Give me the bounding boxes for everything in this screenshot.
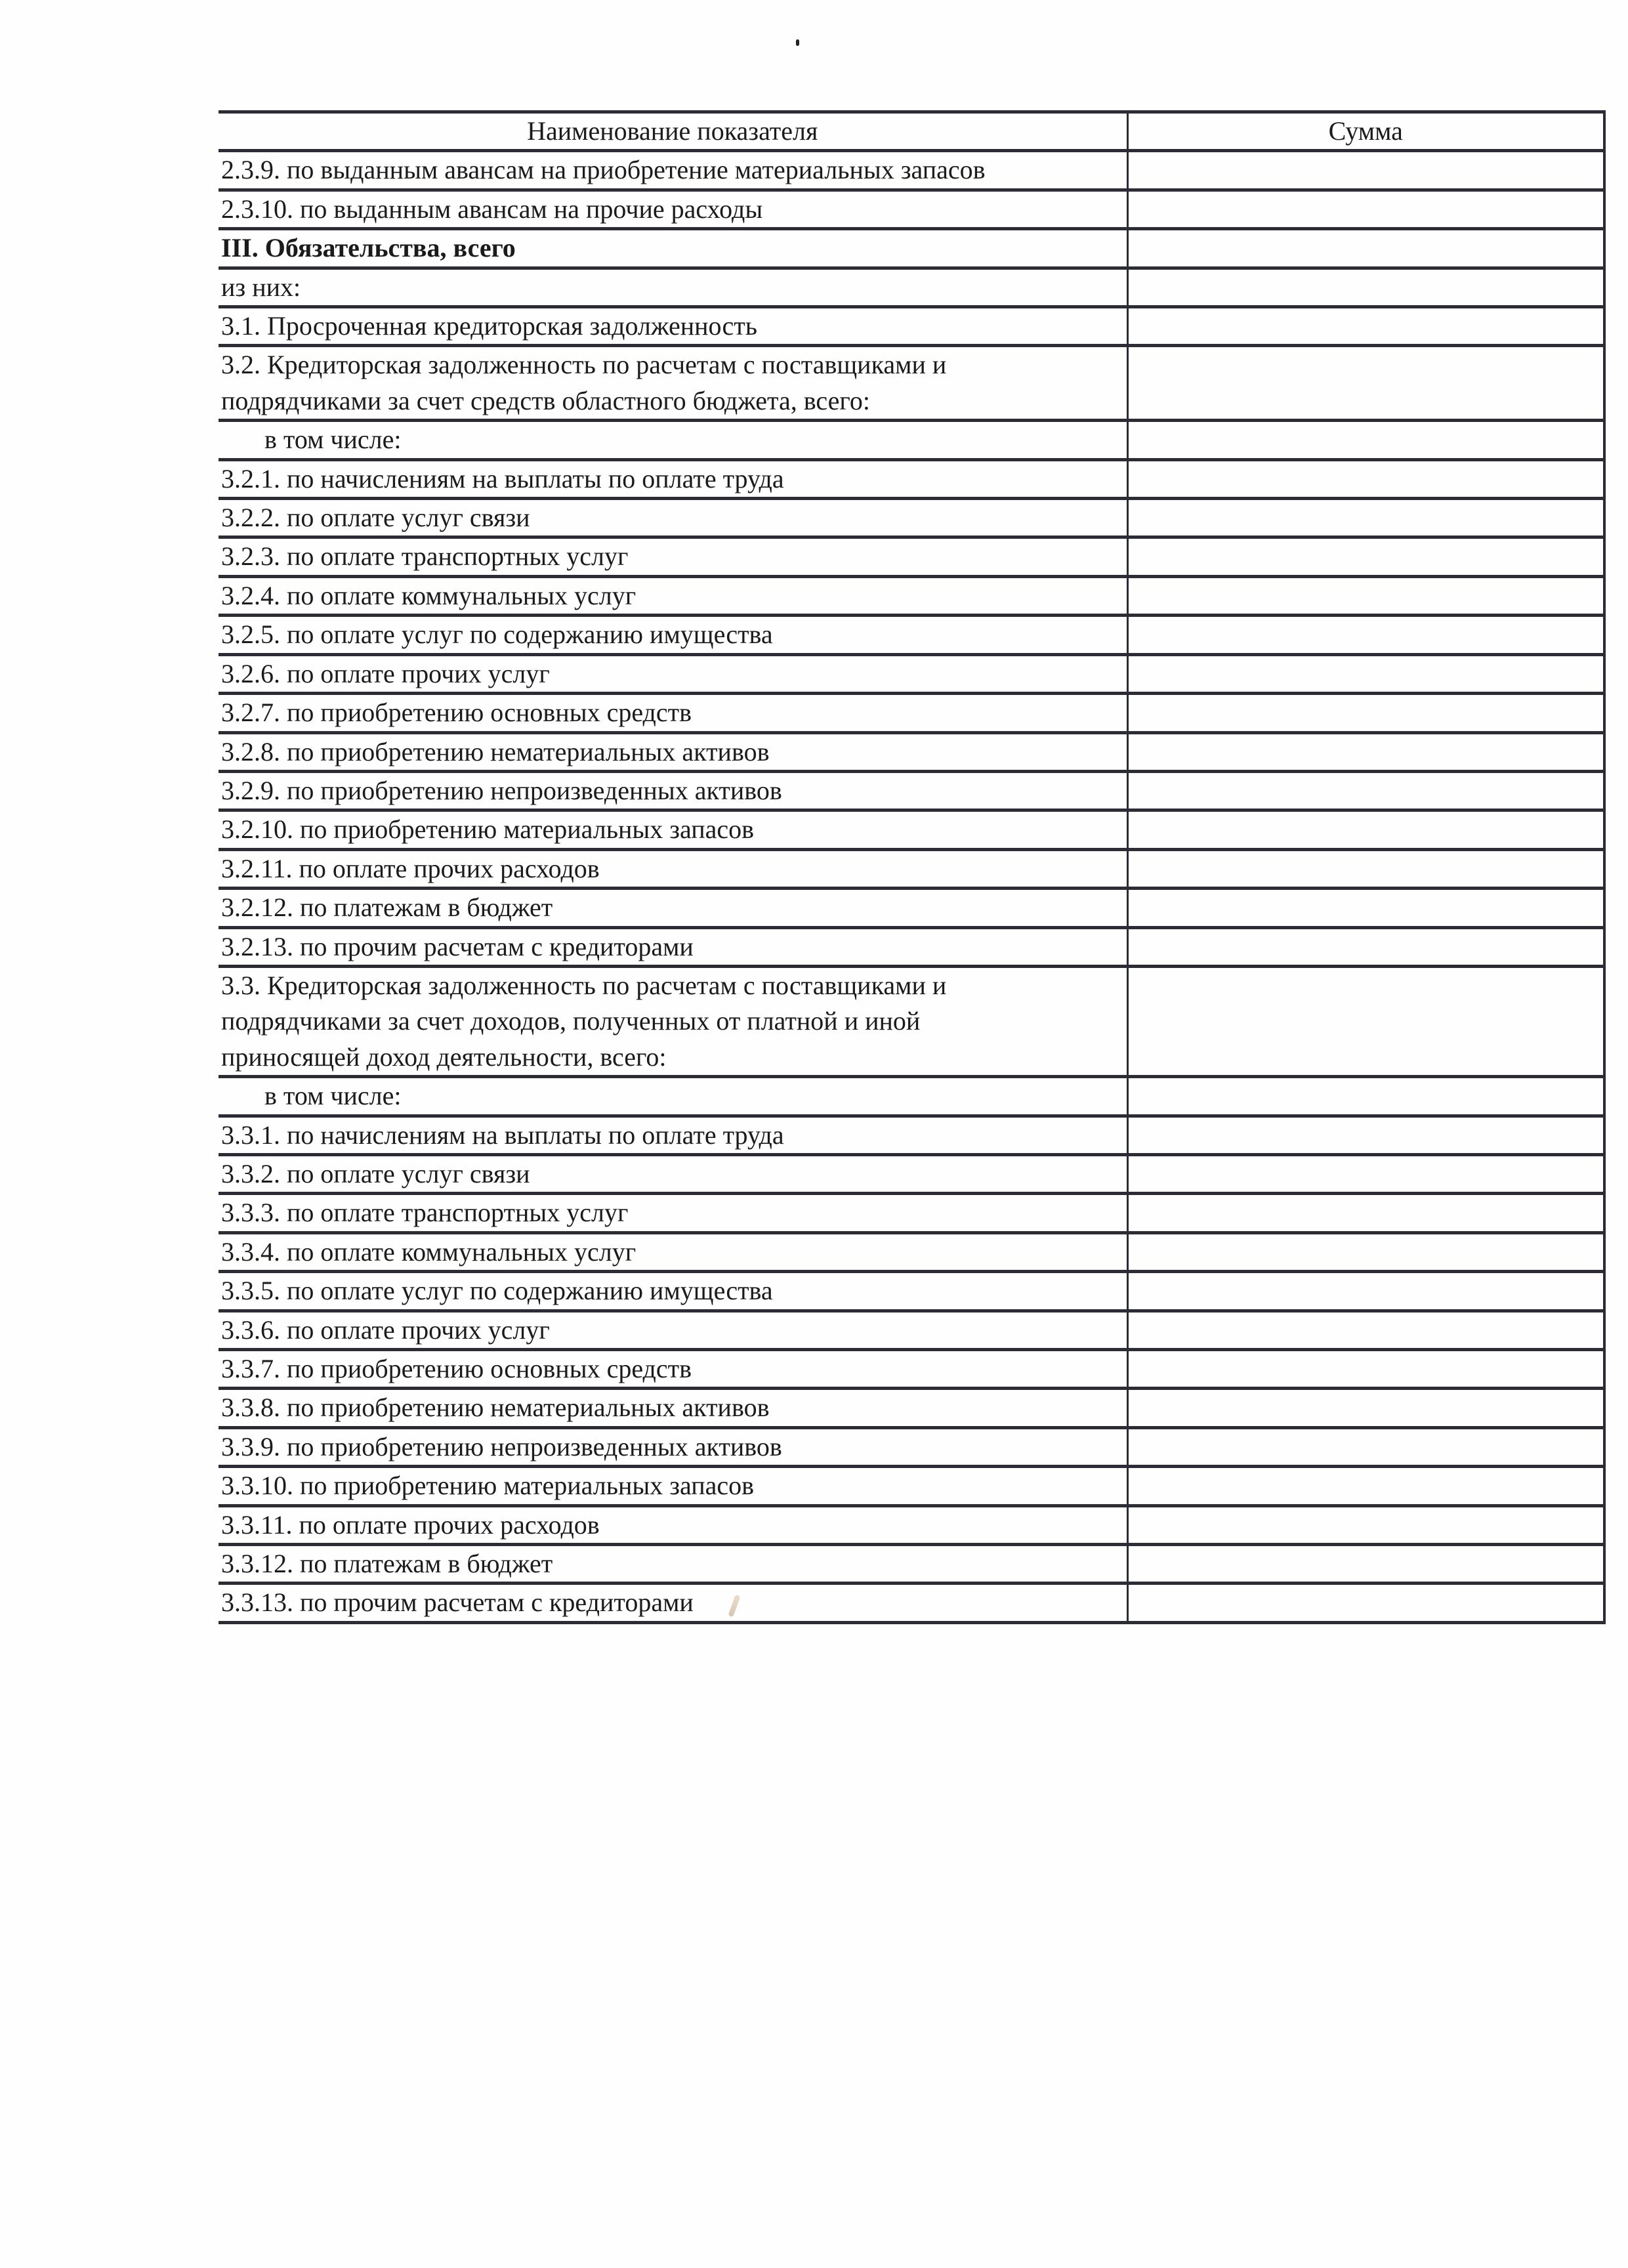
- table-row: 3.3.8. по приобретению нематериальных ак…: [219, 1389, 1604, 1427]
- table-row: 3.2.9. по приобретению непроизведенных а…: [219, 771, 1604, 810]
- sum-cell: [1127, 1389, 1604, 1427]
- table-row: 3.2.12. по платежам в бюджет: [219, 889, 1604, 927]
- sum-cell: [1127, 849, 1604, 888]
- indicator-name-cell: 2.3.10. по выданным авансам на прочие ра…: [219, 190, 1127, 228]
- table-row: в том числе:: [219, 421, 1604, 459]
- sum-cell: [1127, 346, 1604, 421]
- indicator-name-cell: 3.2.8. по приобретению нематериальных ак…: [219, 732, 1127, 771]
- indicator-name-cell: 3.3.11. по оплате прочих расходов: [219, 1505, 1127, 1544]
- ink-dot-mark: [796, 39, 799, 46]
- sum-cell: [1127, 459, 1604, 498]
- indicator-name-cell: III. Обязательства, всего: [219, 229, 1127, 268]
- table-row: 3.3.12. по платежам в бюджет: [219, 1545, 1604, 1584]
- sum-cell: [1127, 1505, 1604, 1544]
- table-row: 3.2. Кредиторская задолженность по расче…: [219, 346, 1604, 421]
- table-row: 3.2.11. по оплате прочих расходов: [219, 849, 1604, 888]
- indicator-name-cell: 3.3.5. по оплате услуг по содержанию иму…: [219, 1272, 1127, 1311]
- table-row: 3.3.3. по оплате транспортных услуг: [219, 1194, 1604, 1232]
- column-header-sum: Сумма: [1127, 112, 1604, 151]
- sum-cell: [1127, 889, 1604, 927]
- table-header-row: Наименование показателя Сумма: [219, 112, 1604, 151]
- indicator-name-cell: 3.3.2. по оплате услуг связи: [219, 1154, 1127, 1193]
- indicator-name-cell: 3.2.6. по оплате прочих услуг: [219, 654, 1127, 693]
- sum-cell: [1127, 268, 1604, 306]
- indicator-name-cell: 3.2.2. по оплате услуг связи: [219, 499, 1127, 537]
- indicator-name-cell: 3.2.10. по приобретению материальных зап…: [219, 810, 1127, 849]
- indicator-name-cell: 3.3.13. по прочим расчетам с кредиторами: [219, 1584, 1127, 1622]
- table-row: 3.3.5. по оплате услуг по содержанию иму…: [219, 1272, 1604, 1311]
- indicator-name-cell: 3.3.8. по приобретению нематериальных ак…: [219, 1389, 1127, 1427]
- sum-cell: [1127, 1427, 1604, 1466]
- sum-cell: [1127, 499, 1604, 537]
- indicator-name-cell: 3.2. Кредиторская задолженность по расче…: [219, 346, 1127, 421]
- indicator-name-cell: 3.3.4. по оплате коммунальных услуг: [219, 1232, 1127, 1271]
- table-row: в том числе:: [219, 1077, 1604, 1116]
- table-row: III. Обязательства, всего: [219, 229, 1604, 268]
- indicator-name-cell: 3.2.9. по приобретению непроизведенных а…: [219, 771, 1127, 810]
- sum-cell: [1127, 694, 1604, 732]
- indicator-name-cell: 3.2.12. по платежам в бюджет: [219, 889, 1127, 927]
- sum-cell: [1127, 732, 1604, 771]
- sum-cell: [1127, 229, 1604, 268]
- sum-cell: [1127, 190, 1604, 228]
- table-row: 3.2.2. по оплате услуг связи: [219, 499, 1604, 537]
- sum-cell: [1127, 1350, 1604, 1389]
- sum-cell: [1127, 1077, 1604, 1116]
- indicator-name-cell: 3.3.6. по оплате прочих услуг: [219, 1311, 1127, 1349]
- table-body: 2.3.9. по выданным авансам на приобретен…: [219, 151, 1604, 1622]
- table-row: 3.2.5. по оплате услуг по содержанию иму…: [219, 616, 1604, 654]
- sum-cell: [1127, 421, 1604, 459]
- table-row: 3.3.4. по оплате коммунальных услуг: [219, 1232, 1604, 1271]
- indicator-name-cell: 3.3.12. по платежам в бюджет: [219, 1545, 1127, 1584]
- table-row: 3.2.6. по оплате прочих услуг: [219, 654, 1604, 693]
- sum-cell: [1127, 307, 1604, 346]
- sum-cell: [1127, 654, 1604, 693]
- sum-cell: [1127, 1116, 1604, 1154]
- sum-cell: [1127, 616, 1604, 654]
- scanned-page: Наименование показателя Сумма 2.3.9. по …: [0, 0, 1628, 2268]
- sum-cell: [1127, 927, 1604, 966]
- sum-cell: [1127, 810, 1604, 849]
- table-row: 3.3.9. по приобретению непроизведенных а…: [219, 1427, 1604, 1466]
- sum-cell: [1127, 537, 1604, 576]
- indicator-name-cell: 3.2.5. по оплате услуг по содержанию иму…: [219, 616, 1127, 654]
- table-row: из них:: [219, 268, 1604, 306]
- table-row: 3.3.10. по приобретению материальных зап…: [219, 1467, 1604, 1505]
- indicator-name-cell: из них:: [219, 268, 1127, 306]
- table-row: 3.3.1. по начислениям на выплаты по опла…: [219, 1116, 1604, 1154]
- indicator-name-cell: 3.1. Просроченная кредиторская задолженн…: [219, 307, 1127, 346]
- indicator-name-cell: 3.2.1. по начислениям на выплаты по опла…: [219, 459, 1127, 498]
- table-row: 3.2.7. по приобретению основных средств: [219, 694, 1604, 732]
- indicator-name-cell: 3.2.4. по оплате коммунальных услуг: [219, 576, 1127, 615]
- sum-cell: [1127, 1584, 1604, 1622]
- indicator-name-cell: 3.3.3. по оплате транспортных услуг: [219, 1194, 1127, 1232]
- indicator-name-cell: 3.2.3. по оплате транспортных услуг: [219, 537, 1127, 576]
- sum-cell: [1127, 1545, 1604, 1584]
- table-row: 2.3.9. по выданным авансам на приобретен…: [219, 151, 1604, 190]
- indicator-name-cell: 3.3.10. по приобретению материальных зап…: [219, 1467, 1127, 1505]
- sum-cell: [1127, 1232, 1604, 1271]
- table-row: 2.3.10. по выданным авансам на прочие ра…: [219, 190, 1604, 228]
- sum-cell: [1127, 1467, 1604, 1505]
- indicator-name-cell: 3.3. Кредиторская задолженность по расче…: [219, 966, 1127, 1076]
- table-row: 3.2.13. по прочим расчетам с кредиторами: [219, 927, 1604, 966]
- indicator-name-cell: 2.3.9. по выданным авансам на приобретен…: [219, 151, 1127, 190]
- table-row: 3.3.13. по прочим расчетам с кредиторами: [219, 1584, 1604, 1622]
- sum-cell: [1127, 151, 1604, 190]
- indicator-name-cell: 3.3.9. по приобретению непроизведенных а…: [219, 1427, 1127, 1466]
- table-row: 3.3.2. по оплате услуг связи: [219, 1154, 1604, 1193]
- sum-cell: [1127, 771, 1604, 810]
- liabilities-table: Наименование показателя Сумма 2.3.9. по …: [219, 110, 1606, 1624]
- table-row: 3.3. Кредиторская задолженность по расче…: [219, 966, 1604, 1076]
- indicator-name-cell: в том числе:: [219, 421, 1127, 459]
- table-row: 3.2.1. по начислениям на выплаты по опла…: [219, 459, 1604, 498]
- sum-cell: [1127, 966, 1604, 1076]
- indicator-name-cell: 3.2.13. по прочим расчетам с кредиторами: [219, 927, 1127, 966]
- table-row: 3.2.4. по оплате коммунальных услуг: [219, 576, 1604, 615]
- indicator-name-cell: 3.3.1. по начислениям на выплаты по опла…: [219, 1116, 1127, 1154]
- indicator-name-cell: 3.2.7. по приобретению основных средств: [219, 694, 1127, 732]
- indicator-name-cell: в том числе:: [219, 1077, 1127, 1116]
- indicator-name-cell: 3.3.7. по приобретению основных средств: [219, 1350, 1127, 1389]
- table-row: 3.2.3. по оплате транспортных услуг: [219, 537, 1604, 576]
- sum-cell: [1127, 1194, 1604, 1232]
- sum-cell: [1127, 1311, 1604, 1349]
- table-row: 3.3.7. по приобретению основных средств: [219, 1350, 1604, 1389]
- indicator-name-cell: 3.2.11. по оплате прочих расходов: [219, 849, 1127, 888]
- sum-cell: [1127, 1272, 1604, 1311]
- table-row: 3.2.10. по приобретению материальных зап…: [219, 810, 1604, 849]
- table-row: 3.1. Просроченная кредиторская задолженн…: [219, 307, 1604, 346]
- sum-cell: [1127, 576, 1604, 615]
- table-row: 3.3.11. по оплате прочих расходов: [219, 1505, 1604, 1544]
- column-header-indicator-name: Наименование показателя: [219, 112, 1127, 151]
- table-row: 3.2.8. по приобретению нематериальных ак…: [219, 732, 1604, 771]
- sum-cell: [1127, 1154, 1604, 1193]
- table-row: 3.3.6. по оплате прочих услуг: [219, 1311, 1604, 1349]
